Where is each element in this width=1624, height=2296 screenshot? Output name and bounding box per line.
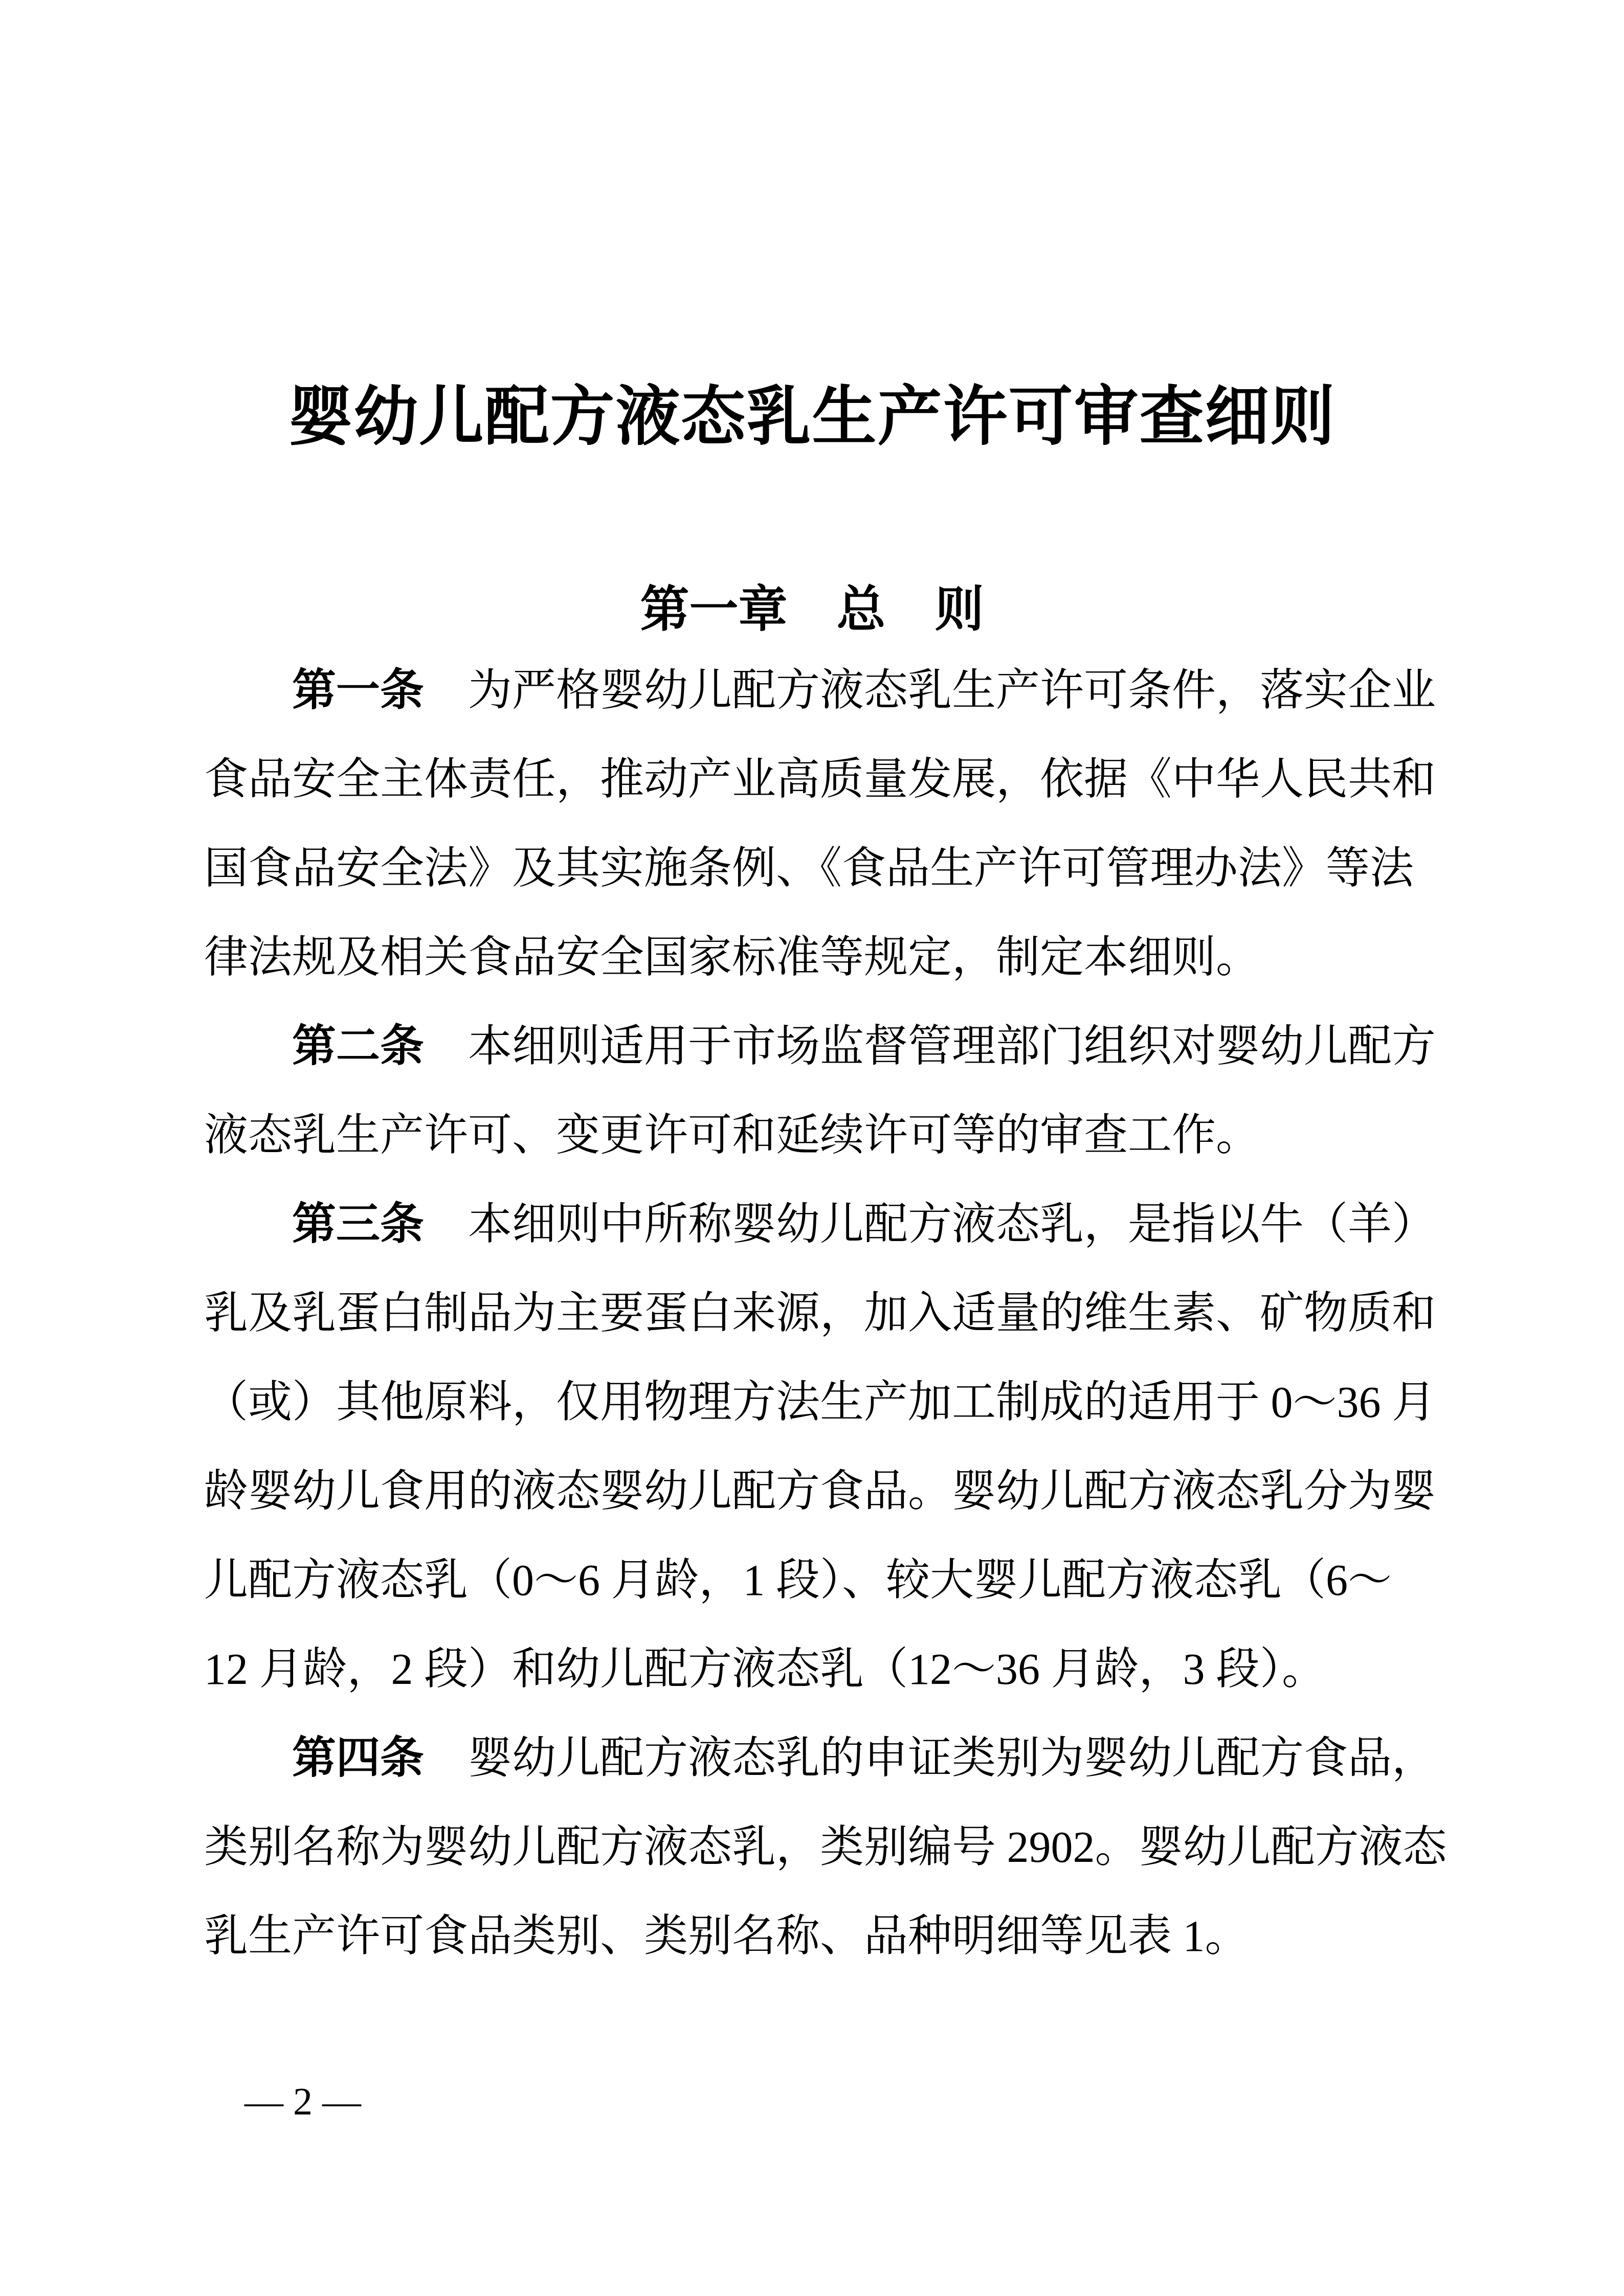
body-line: 第四条 婴幼儿配方液态乳的申证类别为婴幼儿配方食品， <box>204 1714 1452 1803</box>
body-line: 律法规及相关食品安全国家标准等规定，制定本细则。 <box>204 913 1452 1002</box>
document-page: 婴幼儿配方液态乳生产许可审查细则 第一章 总 则 第一条 为严格婴幼儿配方液态乳… <box>0 0 1624 2296</box>
body-line: 第一条 为严格婴幼儿配方液态乳生产许可条件，落实企业 <box>204 646 1452 735</box>
document-title: 婴幼儿配方液态乳生产许可审查细则 <box>0 379 1624 456</box>
body-line: 乳生产许可食品类别、类别名称、品种明细等见表 1。 <box>204 1892 1452 1980</box>
body-line: 食品安全主体责任，推动产业高质量发展，依据《中华人民共和 <box>204 735 1452 824</box>
article-lead: 第一条 <box>292 666 424 715</box>
body-line: 国食品安全法》及其实施条例、《食品生产许可管理办法》等法 <box>204 824 1452 913</box>
document-body: 第一条 为严格婴幼儿配方液态乳生产许可条件，落实企业食品安全主体责任，推动产业高… <box>204 646 1452 1980</box>
article-lead: 第三条 <box>292 1200 424 1249</box>
body-line: （或）其他原料，仅用物理方法生产加工制成的适用于 0～36 月 <box>204 1358 1452 1447</box>
article-lead: 第四条 <box>292 1734 424 1783</box>
article-lead: 第二条 <box>292 1022 424 1071</box>
body-line: 液态乳生产许可、变更许可和延续许可等的审查工作。 <box>204 1091 1452 1180</box>
chapter-heading: 第一章 总 则 <box>0 574 1624 645</box>
body-line: 乳及乳蛋白制品为主要蛋白来源，加入适量的维生素、矿物质和 <box>204 1269 1452 1358</box>
body-line: 类别名称为婴幼儿配方液态乳，类别编号 2902。婴幼儿配方液态 <box>204 1803 1452 1892</box>
body-line: 龄婴幼儿食用的液态婴幼儿配方食品。婴幼儿配方液态乳分为婴 <box>204 1447 1452 1536</box>
body-line: 儿配方液态乳（0～6 月龄，1 段）、较大婴儿配方液态乳（6～ <box>204 1536 1452 1625</box>
body-line: 12 月龄，2 段）和幼儿配方液态乳（12～36 月龄，3 段）。 <box>204 1625 1452 1714</box>
body-line: 第二条 本细则适用于市场监督管理部门组织对婴幼儿配方 <box>204 1002 1452 1091</box>
body-line: 第三条 本细则中所称婴幼儿配方液态乳，是指以牛（羊） <box>204 1180 1452 1269</box>
page-number: — 2 — <box>244 2076 361 2127</box>
